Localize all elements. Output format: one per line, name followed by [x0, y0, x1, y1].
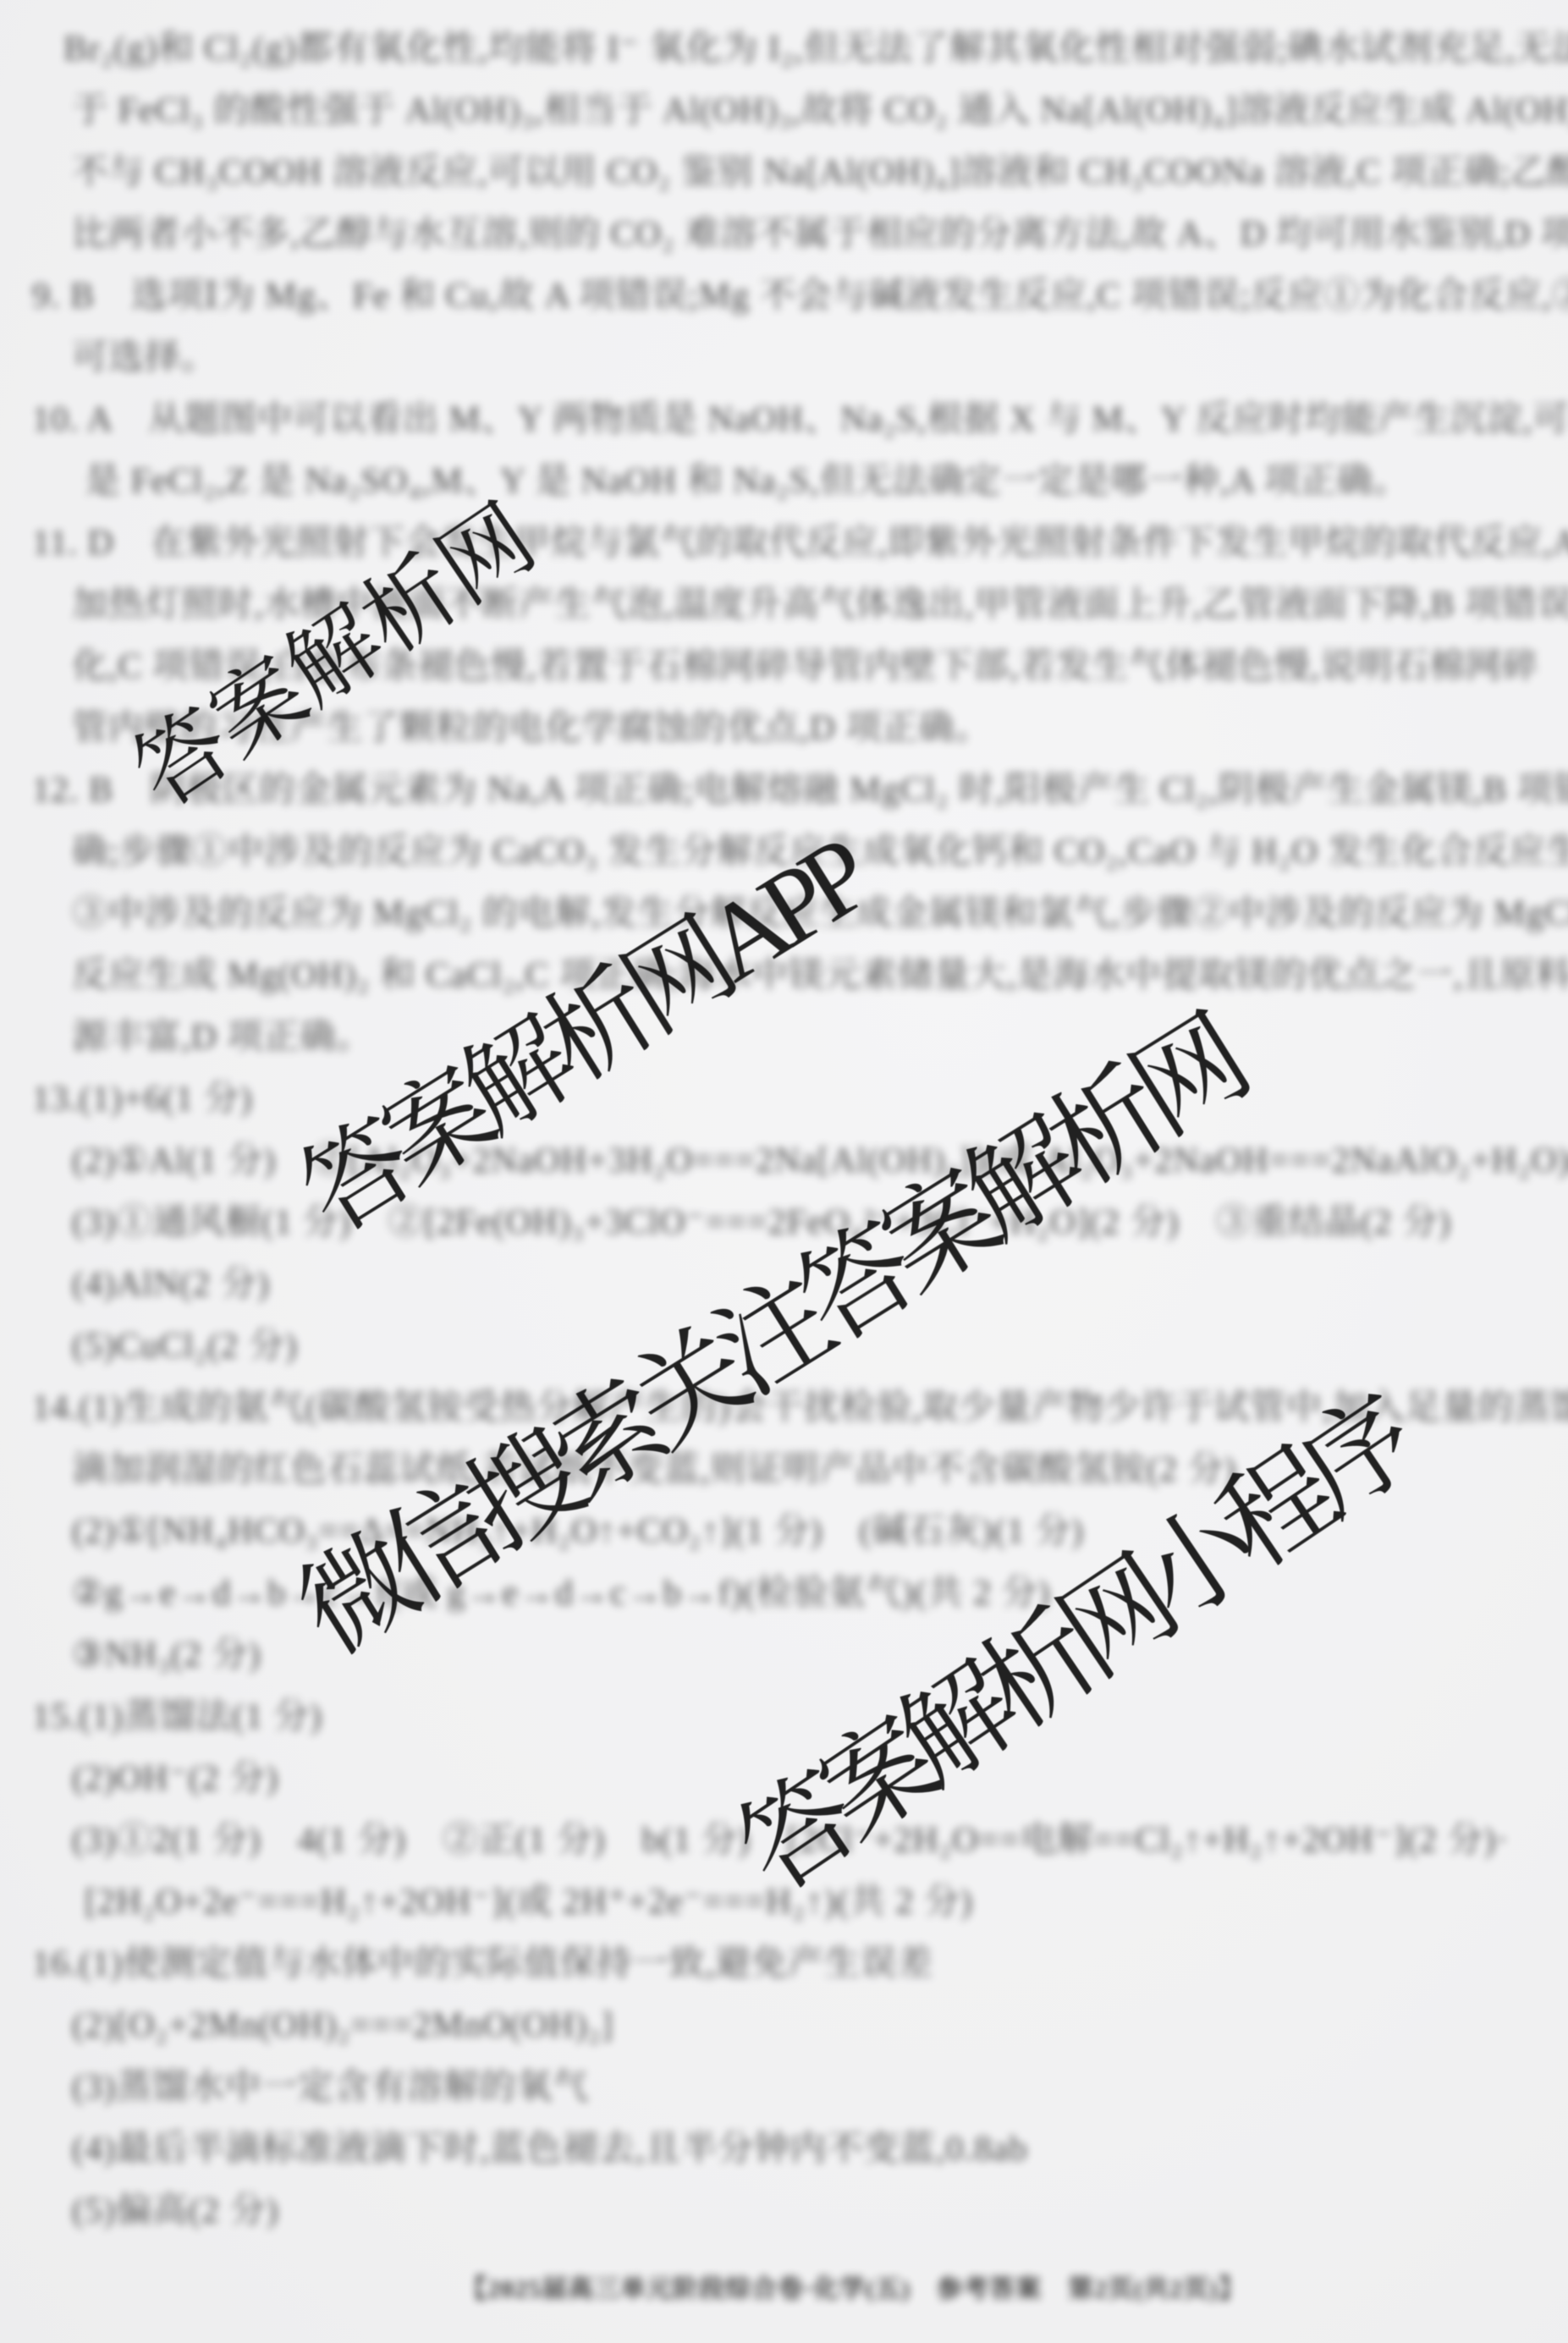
answer-line: (4)最后半滴标准液滴下时,蓝色褪去,且半分钟内不变蓝,0.8ab [72, 2131, 1028, 2167]
answer-line: (2)OH⁻(2 分) [72, 1761, 278, 1796]
answer-line: 源丰富,D 项正确。 [72, 1020, 372, 1055]
answer-line: Br₂(g)和 Cl₂(g)都有氧化性,均能将 I⁻ 氧化为 I₂,但无法了解其… [63, 31, 1568, 67]
answer-line: 9. B 选项Ⅰ为 Mg、Fe 和 Cu,故 A 项错误;Mg 不会与碱液发生反… [32, 278, 1568, 314]
answer-line: 12. B 阴极区的金属元素为 Na,A 项正确;电解熔融 MgCl₂ 时,阳极… [32, 773, 1568, 808]
answer-line: 是 FeCl₂,Z 是 Na₂SO₄,M、Y 是 NaOH 和 Na₂S,但无法… [85, 464, 1410, 499]
answer-line: 可选择。 [72, 340, 217, 376]
answer-line: (5)CuCl₂(2 分) [72, 1328, 298, 1364]
answer-line: ③NH₃(2 分) [72, 1637, 261, 1673]
answer-line: (5)偏高(2 分) [72, 2193, 278, 2229]
answer-line: (3)①通风橱(1 分) ②[2Fe(OH)₃+3ClO⁻===2FeO₄²⁻+… [72, 1205, 1451, 1240]
answer-line: 16.(1)使测定值与水体中的实际值保持一致,避免产生误差 [32, 1946, 933, 1982]
answer-line: 比两者小不多,乙醇与水互溶,则的 CO₂ 难溶不属于相应的分离方法,故 A、D … [72, 217, 1568, 252]
answer-line: ②g→e→d→b→c→f(或 g→e→d→c→b→f)(检验氨气)(共 2 分) [72, 1576, 1051, 1611]
answer-line: 反应生成 Mg(OH)₂ 和 CaCl₂,C 项正确;海水中镁元素储量大,是海水… [72, 958, 1568, 993]
answer-line: 不与 CH₃COOH 溶液反应,可以用 CO₂ 鉴别 Na[Al(OH)₄]溶液… [72, 155, 1568, 190]
answer-line: [2H₂O+2e⁻===H₂↑+2OH⁻](或 2H⁺+2e⁻===H₂↑)(共… [85, 1884, 973, 1920]
answer-line: 10. A 从题图中可以看出 M、Y 两物质是 NaOH、Na₂S,根据 X 与… [32, 402, 1568, 437]
answer-line: 13.(1)+6(1 分) [32, 1081, 253, 1117]
page-footer: 【2025届高三单元阶段综合卷·化学(五) 参考答案 第2页(共2页)】 [461, 2268, 1245, 2305]
answer-line: 加热灯照时,水槽中液面不断产生气泡,温度升高气体逸出,甲管液面上升,乙管液面下降… [72, 587, 1568, 623]
answer-line: 15.(1)蒸馏法(1 分) [32, 1699, 322, 1735]
answer-line: (2)[O₂+2Mn(OH)₂===2MnO(OH)₂] [72, 2008, 613, 2043]
answer-line: (3)蒸馏水中一定含有溶解的氧气 [72, 2070, 589, 2105]
scanned-answer-page: Br₂(g)和 Cl₂(g)都有氧化性,均能将 I⁻ 氧化为 I₂,但无法了解其… [0, 0, 1568, 2343]
answer-line: (4)AlN(2 分) [72, 1267, 270, 1302]
answer-line: 11. D 在紫外光照射下会发生甲烷与氯气的取代反应,即紫外光照射条件下发生甲烷… [32, 525, 1568, 561]
watermark-text: 答案解析网APP [286, 824, 880, 1251]
answer-line: 于 FeCl₃ 的酸性强于 Al(OH)₃,相当于 Al(OH)₃,故将 CO₂… [72, 93, 1568, 129]
